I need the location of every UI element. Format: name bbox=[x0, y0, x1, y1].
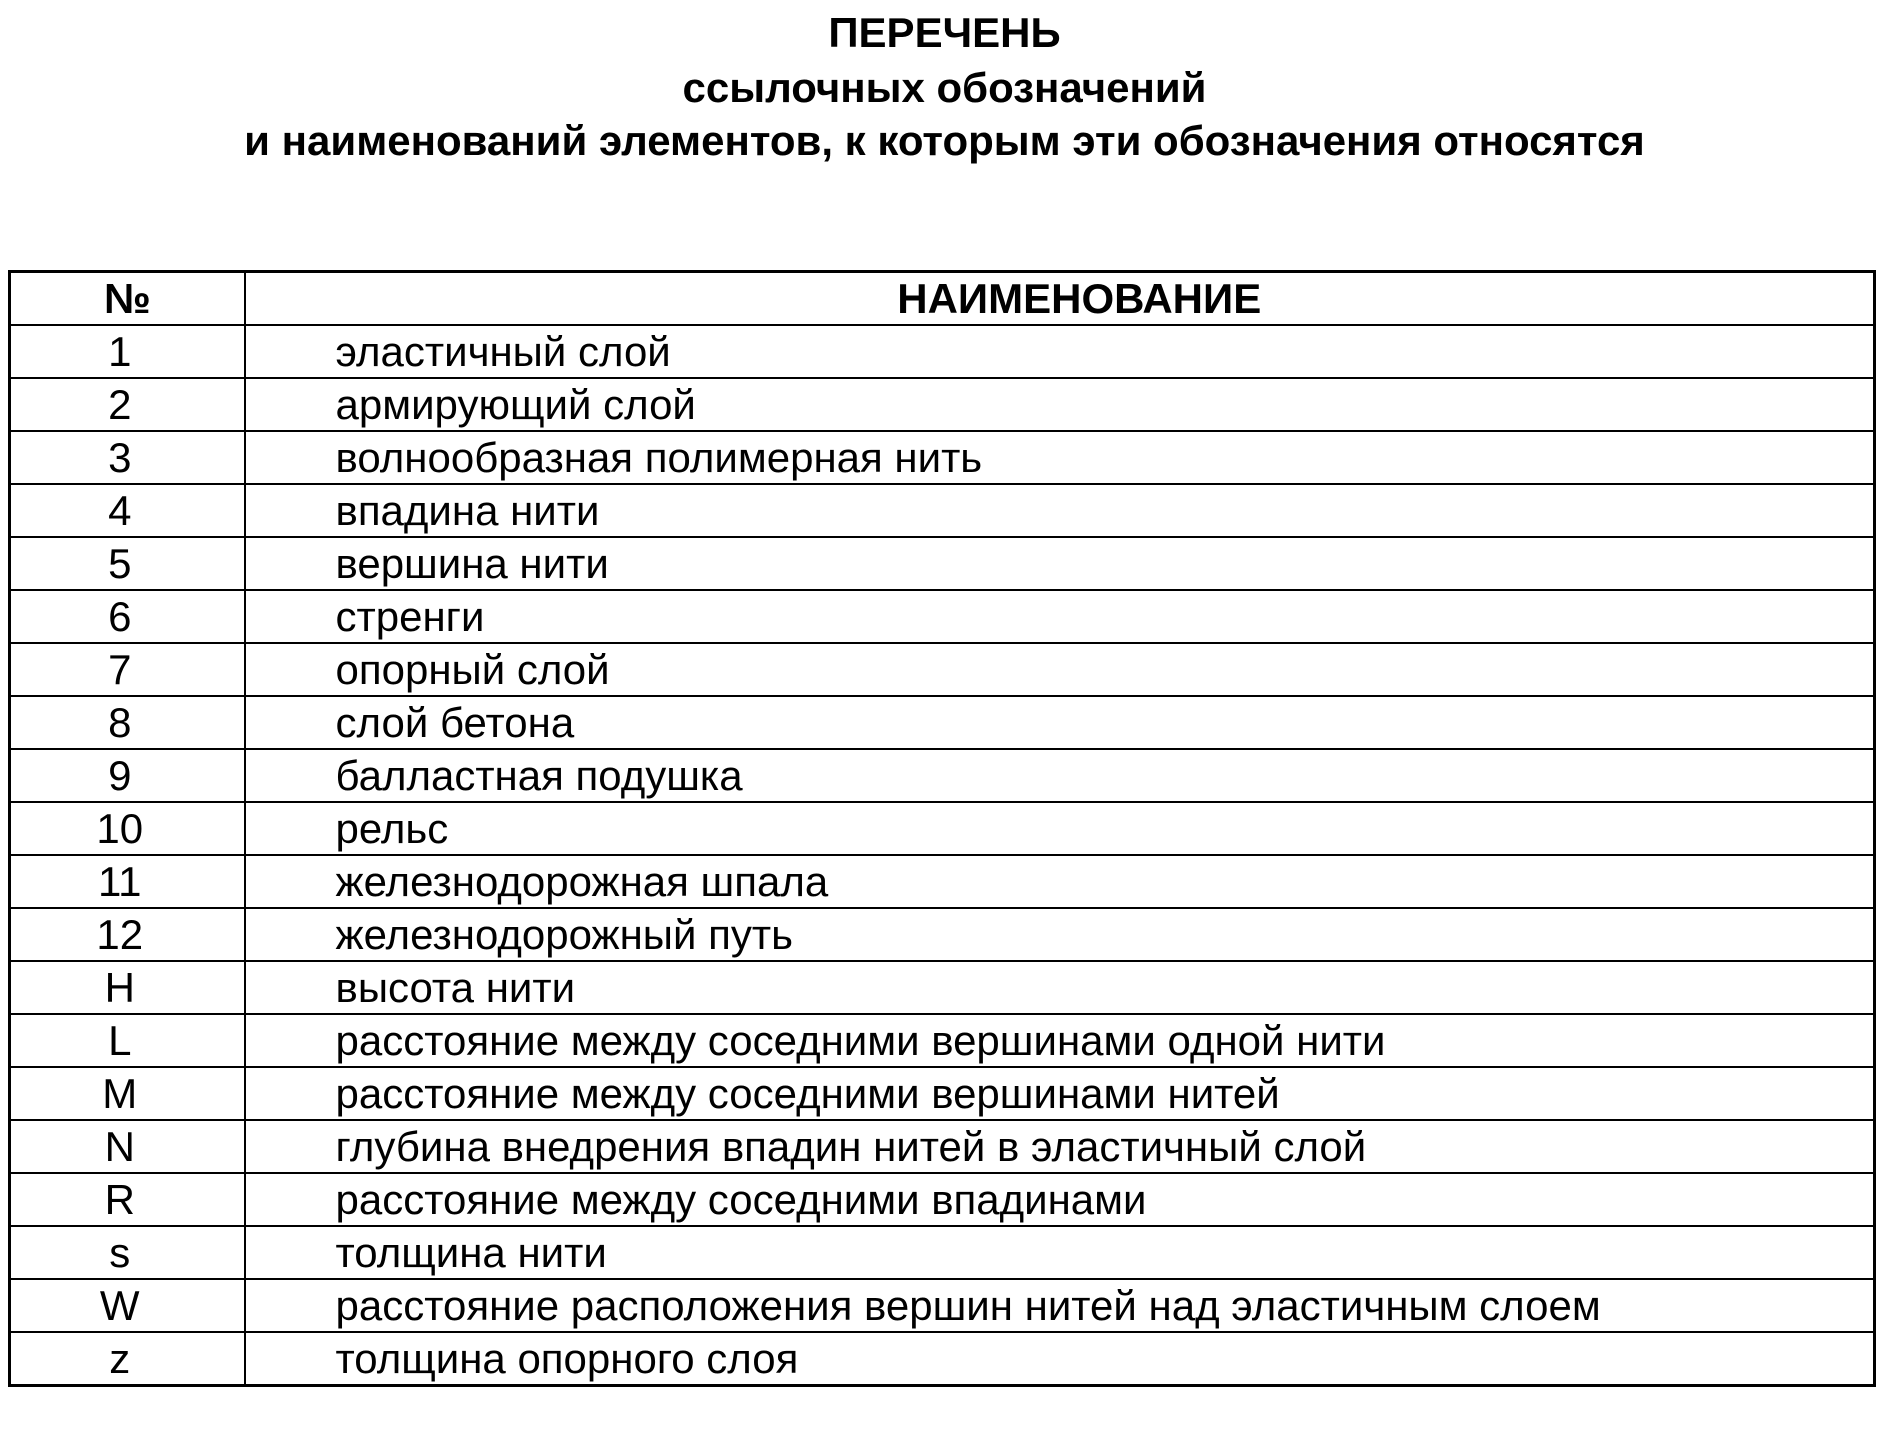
table-row: 11железнодорожная шпала bbox=[10, 855, 1875, 908]
row-designation: L bbox=[10, 1014, 245, 1067]
row-designation: 8 bbox=[10, 696, 245, 749]
table-row: 7опорный слой bbox=[10, 643, 1875, 696]
table-row: Nглубина внедрения впадин нитей в эласти… bbox=[10, 1120, 1875, 1173]
row-name: армирующий слой bbox=[245, 378, 1875, 431]
row-name: впадина нити bbox=[245, 484, 1875, 537]
row-designation: R bbox=[10, 1173, 245, 1226]
row-name: стренги bbox=[245, 590, 1875, 643]
row-designation: 1 bbox=[10, 325, 245, 378]
row-designation: 12 bbox=[10, 908, 245, 961]
table-row: 6стренги bbox=[10, 590, 1875, 643]
row-designation: 6 bbox=[10, 590, 245, 643]
row-name: толщина опорного слоя bbox=[245, 1332, 1875, 1386]
reference-designations-table: № НАИМЕНОВАНИЕ 1эластичный слой2армирующ… bbox=[8, 270, 1876, 1387]
row-designation: 3 bbox=[10, 431, 245, 484]
row-designation: W bbox=[10, 1279, 245, 1332]
row-designation: M bbox=[10, 1067, 245, 1120]
row-name: расстояние между соседними вершинами нит… bbox=[245, 1067, 1875, 1120]
row-name: рельс bbox=[245, 802, 1875, 855]
row-name: расстояние между соседними впадинами bbox=[245, 1173, 1875, 1226]
row-designation: N bbox=[10, 1120, 245, 1173]
row-name: вершина нити bbox=[245, 537, 1875, 590]
column-header-name: НАИМЕНОВАНИЕ bbox=[245, 272, 1875, 326]
row-name: расстояние между соседними вершинами одн… bbox=[245, 1014, 1875, 1067]
table-row: sтолщина нити bbox=[10, 1226, 1875, 1279]
row-designation: 2 bbox=[10, 378, 245, 431]
row-name: слой бетона bbox=[245, 696, 1875, 749]
table-row: 5вершина нити bbox=[10, 537, 1875, 590]
row-name: глубина внедрения впадин нитей в эластич… bbox=[245, 1120, 1875, 1173]
row-name: толщина нити bbox=[245, 1226, 1875, 1279]
title-line-1: ПЕРЕЧЕНЬ bbox=[0, 8, 1889, 58]
table-header-row: № НАИМЕНОВАНИЕ bbox=[10, 272, 1875, 326]
table-row: Mрасстояние между соседними вершинами ни… bbox=[10, 1067, 1875, 1120]
table-row: 12железнодорожный путь bbox=[10, 908, 1875, 961]
table-row: 10рельс bbox=[10, 802, 1875, 855]
row-designation: H bbox=[10, 961, 245, 1014]
table-row: 3волнообразная полимерная нить bbox=[10, 431, 1875, 484]
table-row: 4впадина нити bbox=[10, 484, 1875, 537]
table-row: 8слой бетона bbox=[10, 696, 1875, 749]
row-designation: s bbox=[10, 1226, 245, 1279]
row-designation: 11 bbox=[10, 855, 245, 908]
column-header-number: № bbox=[10, 272, 245, 326]
title-line-2: ссылочных обозначений bbox=[0, 63, 1889, 113]
row-designation: 7 bbox=[10, 643, 245, 696]
table-row: 1эластичный слой bbox=[10, 325, 1875, 378]
row-name: балластная подушка bbox=[245, 749, 1875, 802]
row-name: железнодорожная шпала bbox=[245, 855, 1875, 908]
row-designation: 10 bbox=[10, 802, 245, 855]
row-name: эластичный слой bbox=[245, 325, 1875, 378]
row-name: волнообразная полимерная нить bbox=[245, 431, 1875, 484]
table-row: Rрасстояние между соседними впадинами bbox=[10, 1173, 1875, 1226]
table-row: 2армирующий слой bbox=[10, 378, 1875, 431]
table-row: Wрасстояние расположения вершин нитей на… bbox=[10, 1279, 1875, 1332]
row-name: железнодорожный путь bbox=[245, 908, 1875, 961]
table-row: Hвысота нити bbox=[10, 961, 1875, 1014]
row-name: опорный слой bbox=[245, 643, 1875, 696]
table-row: zтолщина опорного слоя bbox=[10, 1332, 1875, 1386]
table-row: 9балластная подушка bbox=[10, 749, 1875, 802]
row-name: высота нити bbox=[245, 961, 1875, 1014]
title-line-3: и наименований элементов, к которым эти … bbox=[0, 116, 1889, 166]
row-designation: 9 bbox=[10, 749, 245, 802]
row-name: расстояние расположения вершин нитей над… bbox=[245, 1279, 1875, 1332]
row-designation: z bbox=[10, 1332, 245, 1386]
table-body: 1эластичный слой2армирующий слой3волнооб… bbox=[10, 325, 1875, 1386]
row-designation: 5 bbox=[10, 537, 245, 590]
row-designation: 4 bbox=[10, 484, 245, 537]
table-row: Lрасстояние между соседними вершинами од… bbox=[10, 1014, 1875, 1067]
